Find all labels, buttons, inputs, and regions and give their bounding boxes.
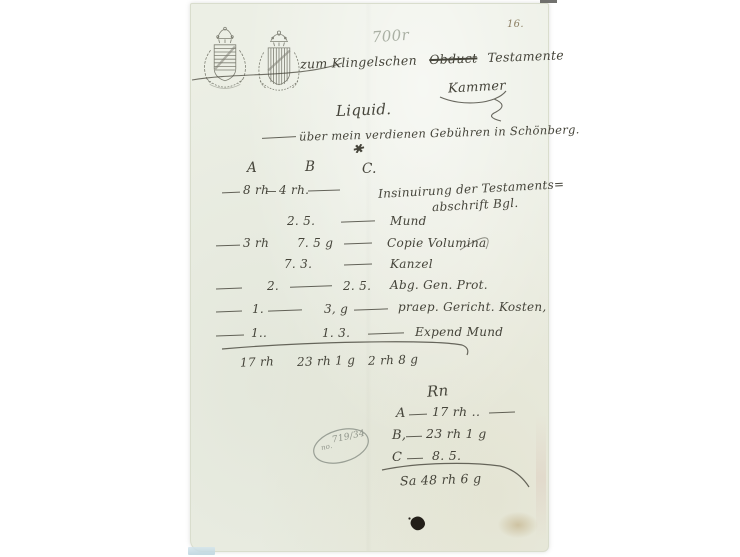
recap-heading: Rn bbox=[427, 383, 450, 399]
total-column-c: 2 rh 8 g bbox=[368, 353, 419, 367]
recap-total: Sa 48 rh 6 g bbox=[400, 473, 482, 488]
fee-row-c: 2. 5. bbox=[343, 280, 371, 292]
fee-row-desc: Copie Volumina bbox=[387, 237, 487, 249]
fee-row-b: 4 rh. bbox=[279, 184, 309, 196]
header-note-struck-word: Obduct bbox=[429, 50, 478, 67]
fee-row-c: 3, g bbox=[324, 303, 348, 315]
recap-value-b: 23 rh 1 g bbox=[426, 428, 487, 441]
folio-mark: 16. bbox=[507, 20, 524, 30]
recap-value-c: 8. 5. bbox=[432, 450, 461, 463]
recap-label-a: A bbox=[396, 407, 406, 420]
recap-label-b: B, bbox=[392, 429, 406, 442]
fee-row-b: 7. 5 g bbox=[297, 237, 333, 249]
fee-row-desc: Expend Mund bbox=[415, 326, 503, 338]
header-note-line2: Kammer bbox=[448, 79, 506, 95]
recap-value-a: 17 rh .. bbox=[432, 406, 480, 419]
fee-row-desc: Mund bbox=[390, 215, 427, 227]
header-note-post: Testamente bbox=[487, 47, 564, 65]
column-header-c: C. bbox=[362, 163, 377, 177]
fee-row-a: 1. bbox=[252, 303, 264, 315]
scanned-manuscript-page: 16. 700r zum Klingelschen Obduct Testame… bbox=[0, 0, 740, 557]
column-header-b: B bbox=[305, 161, 315, 175]
fee-row-b: 2. 5. bbox=[287, 215, 315, 227]
fee-row-a: 1.. bbox=[251, 327, 267, 339]
column-header-a: A bbox=[247, 162, 257, 176]
fee-row-a: 2. bbox=[267, 280, 279, 292]
fee-row-a: 3 rh bbox=[243, 237, 269, 249]
recap-label-c: C bbox=[392, 451, 402, 464]
fee-row-b: 7. 3. bbox=[284, 258, 312, 270]
fee-row-desc: Abg. Gen. Prot. bbox=[390, 279, 488, 291]
pencil-folio-number: 700r bbox=[372, 28, 410, 46]
total-column-b: 23 rh 1 g bbox=[297, 354, 356, 368]
total-column-a: 17 rh bbox=[240, 355, 274, 368]
fee-row-desc: praep. Gericht. Kosten, bbox=[398, 301, 547, 313]
ink-blot bbox=[411, 517, 426, 531]
ink-stroke bbox=[266, 191, 276, 192]
fee-row-c: 1. 3. bbox=[322, 327, 350, 339]
document-title: Liquid. bbox=[336, 102, 392, 119]
fee-row-a: 8 rh bbox=[243, 184, 269, 196]
fee-row-desc: Kanzel bbox=[390, 258, 433, 270]
